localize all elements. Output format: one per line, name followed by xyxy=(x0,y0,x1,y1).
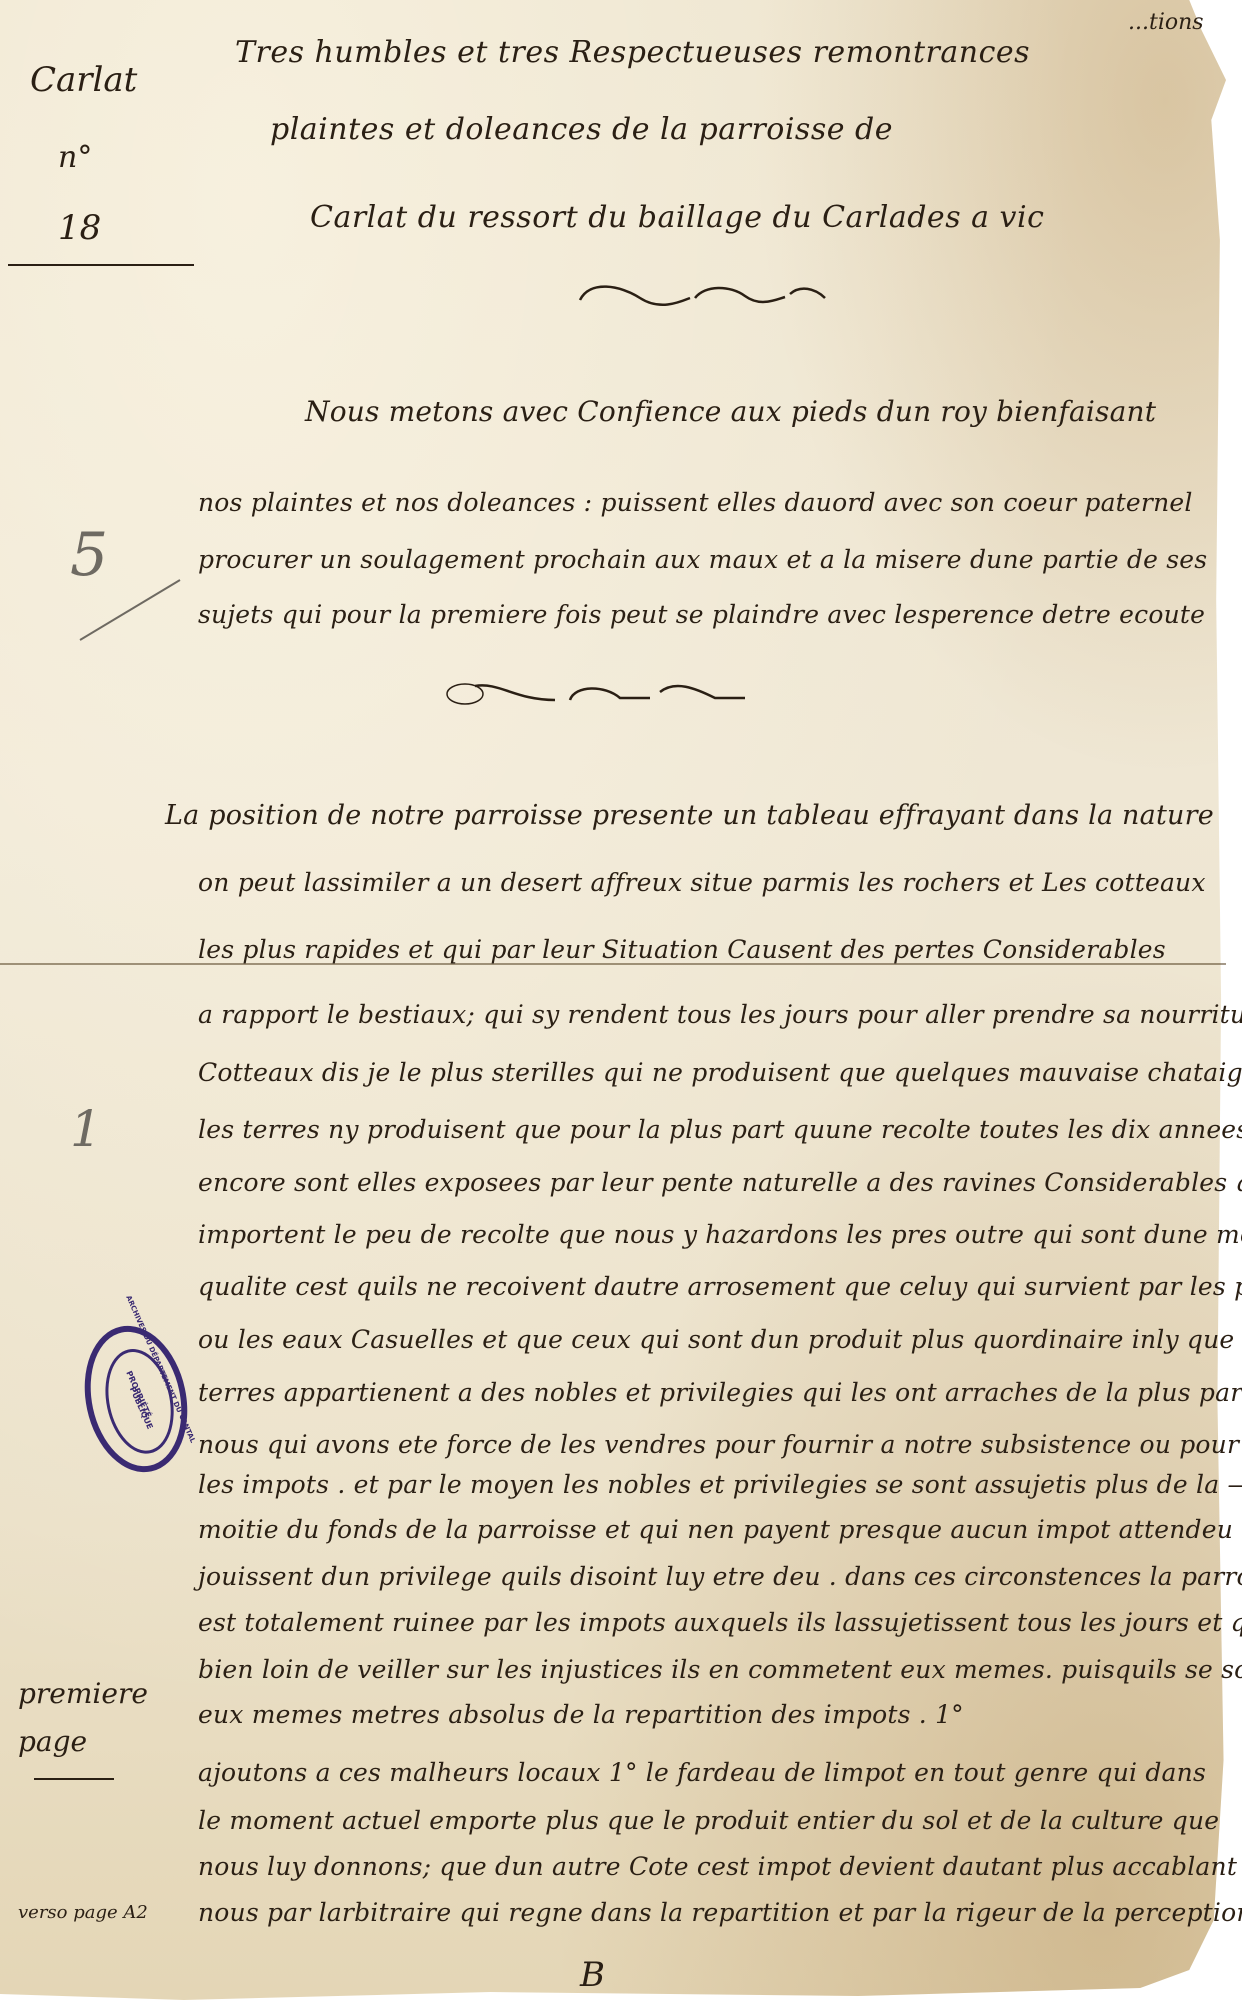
margin-verso-label: verso page A2 xyxy=(18,1900,158,1926)
para1-line-3: procurer un soulagement prochain aux mau… xyxy=(198,545,1207,574)
para2-line-3: les plus rapides et qui par leur Situati… xyxy=(198,935,1166,964)
para2-line-9: qualite cest quils ne recoivent dautre a… xyxy=(198,1272,1242,1301)
para2-line-22: nous par larbitraire qui regne dans la r… xyxy=(198,1898,1242,1927)
margin-page-label: premiere page xyxy=(18,1670,128,1766)
para2-line-18: eux memes metres absolus de la repartiti… xyxy=(198,1700,964,1729)
page-label-underline xyxy=(34,1778,114,1780)
para2-line-16: est totalement ruinee par les impots aux… xyxy=(198,1608,1242,1637)
para2-line-13: les impots . et par le moyen les nobles … xyxy=(198,1470,1242,1499)
margin-underline xyxy=(8,264,194,266)
margin-place: Carlat xyxy=(30,60,137,100)
para2-line-5: Cotteaux dis je le plus sterilles qui ne… xyxy=(198,1058,1242,1087)
pencil-slash-icon xyxy=(70,570,190,650)
para2-line-8: importent le peu de recolte que nous y h… xyxy=(198,1220,1242,1249)
para2-line-4: a rapport le bestiaux; qui sy rendent to… xyxy=(198,1000,1242,1029)
para2-line-10: ou les eaux Casuelles et que ceux qui so… xyxy=(198,1325,1242,1354)
para2-line-7: encore sont elles exposees par leur pent… xyxy=(198,1168,1242,1197)
para1-line-4: sujets qui pour la premiere fois peut se… xyxy=(198,600,1205,629)
para2-line-17: bien loin de veiller sur les injustices … xyxy=(198,1655,1242,1684)
paraph-mark: B xyxy=(580,1955,605,1995)
pencil-mark-mid: 1 xyxy=(70,1100,102,1158)
para2-line-21: nous luy donnons; que dun autre Cote ces… xyxy=(198,1852,1242,1881)
top-right-fragment: ...tions xyxy=(1128,10,1204,35)
stamp-inner: PROPRIÉTÉ PUBLIQUE xyxy=(96,1343,183,1460)
title-line-1: Tres humbles et tres Respectueuses remon… xyxy=(235,35,1030,70)
title-line-2: plaintes et doleances de la parroisse de xyxy=(270,112,893,147)
para2-line-2: on peut lassimiler a un desert affreux s… xyxy=(198,868,1206,897)
margin-number-label: n° xyxy=(58,140,92,175)
para1-line-1: Nous metons avec Confience aux pieds dun… xyxy=(305,395,1156,428)
para2-line-19: ajoutons a ces malheurs locaux 1° le far… xyxy=(198,1758,1206,1787)
decorative-flourish-icon xyxy=(445,680,745,710)
para2-line-1: La position de notre parroisse presente … xyxy=(165,800,1214,831)
para2-line-12: nous qui avons ete force de les vendres … xyxy=(198,1430,1242,1459)
margin-number: 18 xyxy=(58,208,101,248)
title-line-3: Carlat du ressort du baillage du Carlade… xyxy=(310,200,1044,235)
para2-line-14: moitie du fonds de la parroisse et qui n… xyxy=(198,1515,1242,1544)
para2-line-15: jouissent dun privilege quils disoint lu… xyxy=(198,1562,1242,1591)
para2-line-6: les terres ny produisent que pour la plu… xyxy=(198,1115,1242,1144)
para1-line-2: nos plaintes et nos doleances : puissent… xyxy=(198,488,1193,517)
decorative-flourish-icon xyxy=(570,280,830,310)
para2-line-11: terres appartienent a des nobles et priv… xyxy=(198,1378,1242,1407)
para2-line-20: le moment actuel emporte plus que le pro… xyxy=(198,1806,1219,1835)
